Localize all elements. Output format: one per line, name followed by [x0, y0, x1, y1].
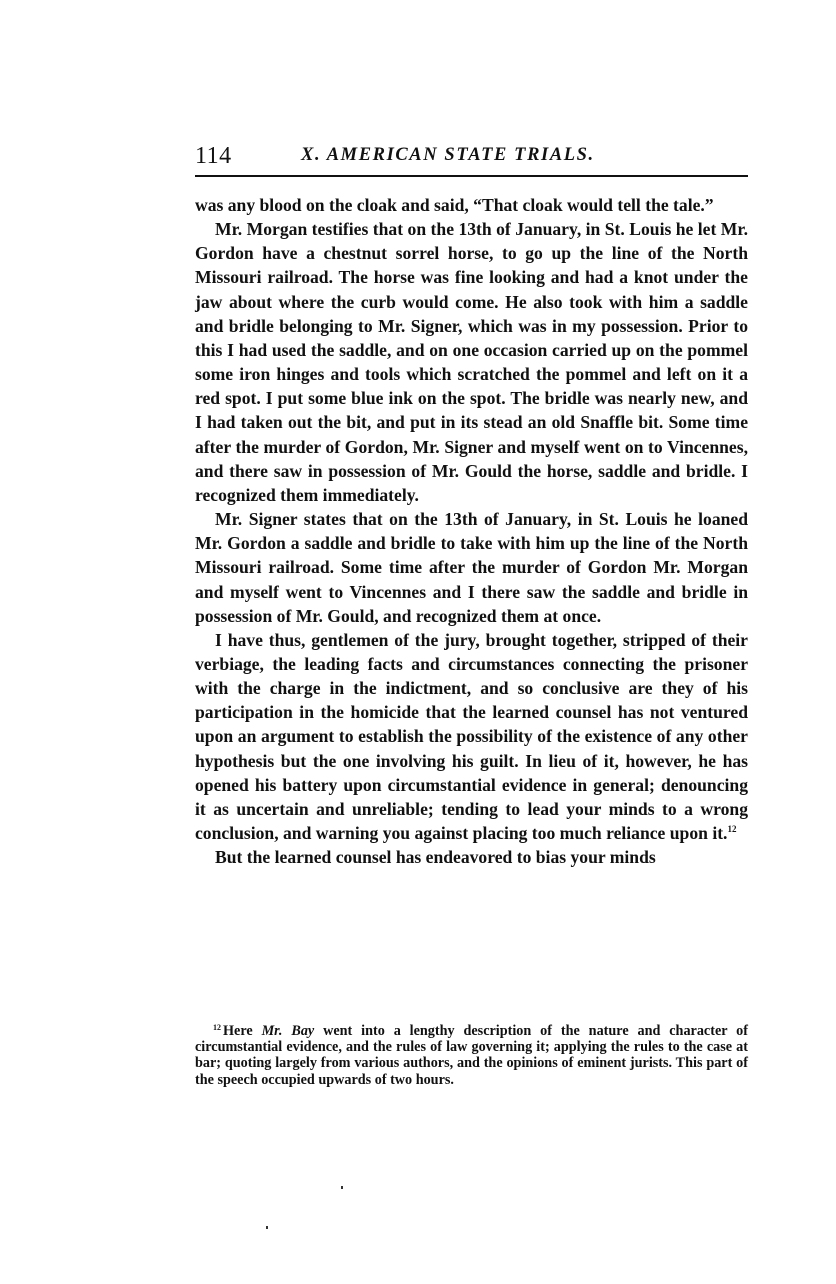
header-rule	[195, 175, 748, 177]
book-page: 114 X. AMERICAN STATE TRIALS. was any bl…	[195, 138, 748, 172]
page-number: 114	[195, 143, 232, 170]
paragraph-jury-address-text: I have thus, gentlemen of the jury, brou…	[195, 630, 748, 843]
body-text: was any blood on the cloak and said, “Th…	[195, 193, 748, 869]
paragraph-signer-testimony: Mr. Signer states that on the 13th of Ja…	[195, 507, 748, 628]
footnote-speaker: Mr. Bay	[262, 1023, 315, 1039]
paragraph-morgan-testimony: Mr. Morgan testifies that on the 13th of…	[195, 217, 748, 507]
paragraph-jury-address: I have thus, gentlemen of the jury, brou…	[195, 628, 748, 845]
footnote-lead: Here	[223, 1023, 262, 1039]
scan-speck	[341, 1186, 343, 1189]
footnote-reference[interactable]: 12	[727, 824, 736, 834]
paragraph-counsel-bias: But the learned counsel has endeavored t…	[195, 845, 748, 869]
running-head: 114 X. AMERICAN STATE TRIALS.	[195, 138, 748, 172]
running-title: X. AMERICAN STATE TRIALS.	[301, 145, 595, 166]
paragraph-continued: was any blood on the cloak and said, “Th…	[195, 193, 748, 217]
footnotes: 12Here Mr. Bay went into a lengthy descr…	[195, 1023, 748, 1088]
scan-speck	[266, 1226, 268, 1229]
footnote-marker: 12	[213, 1023, 221, 1032]
footnote: 12Here Mr. Bay went into a lengthy descr…	[195, 1023, 748, 1088]
